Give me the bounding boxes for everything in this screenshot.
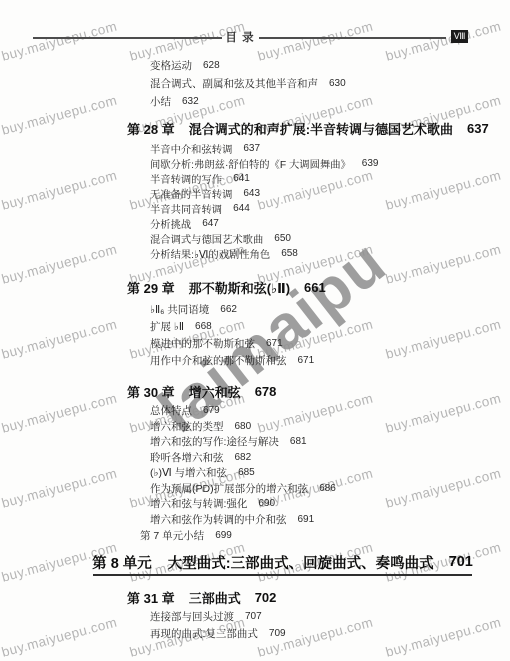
toc-entry: 增六和弦与转调:强化690 xyxy=(0,496,510,512)
toc-entry: 半音转调的写作641 xyxy=(0,171,510,186)
toc-section: 变格运动628混合调式、副属和弦及其他半音和声630小结632 xyxy=(0,56,510,110)
entry-page: 671 xyxy=(266,338,283,349)
entry-page: 685 xyxy=(238,467,255,478)
toc-entry: 作为预属(PD)扩展部分的增六和弦686 xyxy=(0,481,510,497)
toc-entry: 分析结果:♭Ⅵ的戏剧性角色658 xyxy=(0,246,510,261)
heading-title: 混合调式的和声扩展:半音转调与德国艺术歌曲 xyxy=(189,119,453,138)
toc-entry: 小结632 xyxy=(0,92,510,110)
heading-num: 第 28 章 xyxy=(127,119,175,138)
entry-page: 707 xyxy=(245,611,262,622)
heading-num: 第 29 章 xyxy=(127,278,175,297)
toc-entry: 模进中的那不勒斯和弦671 xyxy=(0,335,510,352)
entry-text: 增六和弦作为转调的中介和弦 xyxy=(150,512,287,527)
toc-entry: ♭Ⅱ₆ 共同语境662 xyxy=(0,301,510,318)
entry-text: 聆听各增六和弦 xyxy=(150,450,224,465)
toc-entry: 间歇分析:弗朗兹·舒伯特的《F 大调圆舞曲》639 xyxy=(0,156,510,171)
entry-text: 半音中介和弦转调 xyxy=(150,141,232,156)
heading-title: 三部曲式 xyxy=(189,588,241,607)
chapter-heading: 第 30 章增六和弦678 xyxy=(0,381,510,401)
toc-entry: 混合调式、副属和弦及其他半音和声630 xyxy=(0,74,510,92)
entry-text: 增六和弦与转调:强化 xyxy=(150,496,247,511)
unit-heading: 第 8 单元大型曲式:三部曲式、回旋曲式、奏鸣曲式701 xyxy=(93,553,472,576)
entry-page: 647 xyxy=(202,218,219,229)
entry-page: 679 xyxy=(203,405,220,416)
entry-text: 半音共同音转调 xyxy=(150,201,222,216)
heading-page: 637 xyxy=(467,121,489,136)
entry-text: 分析挑战 xyxy=(150,216,191,231)
toc-entry: 变格运动628 xyxy=(0,56,510,74)
toc-entry: 半音共同音转调644 xyxy=(0,201,510,216)
heading-num: 第 30 章 xyxy=(127,382,175,401)
entry-text: 第 7 单元小结 xyxy=(140,528,204,543)
entry-page: 658 xyxy=(281,248,298,259)
scanned-toc-page: buy.maiyuepu.combuy.maiyuepu.combuy.maiy… xyxy=(0,0,510,661)
entry-page: 686 xyxy=(319,483,336,494)
entry-page: 691 xyxy=(298,514,315,525)
entry-text: 用作中介和弦的那不勒斯和弦 xyxy=(150,353,287,368)
entry-page: 650 xyxy=(274,233,291,244)
toc-entry: 聆听各增六和弦682 xyxy=(0,450,510,466)
entry-page: 639 xyxy=(362,158,379,169)
entry-text: 变格运动 xyxy=(150,58,192,73)
toc-entry: 用作中介和弦的那不勒斯和弦671 xyxy=(0,352,510,369)
entry-text: 连接部与回头过渡 xyxy=(150,609,234,624)
entry-text: 分析结果:♭Ⅵ的戏剧性角色 xyxy=(150,246,270,261)
entry-page: 681 xyxy=(290,436,307,447)
entry-text: 小结 xyxy=(150,94,171,109)
entry-page: 628 xyxy=(203,60,220,71)
entry-text: 混合调式、副属和弦及其他半音和声 xyxy=(150,76,318,91)
toc-section: 第 30 章增六和弦678总体特点679增六和弦的类型680增六和弦的写作:途径… xyxy=(0,381,510,544)
header-rule-right xyxy=(259,37,446,39)
toc-entry: 扩展 ♭Ⅱ668 xyxy=(0,318,510,335)
entry-page: 709 xyxy=(269,628,286,639)
toc-section: 第 31 章三部曲式702连接部与回头过渡707再现的曲式:复三部曲式709 xyxy=(0,588,510,642)
entry-page: 699 xyxy=(215,530,232,541)
toc: 变格运动628混合调式、副属和弦及其他半音和声630小结632第 28 章混合调… xyxy=(0,56,510,642)
chapter-heading: 第 29 章那不勒斯和弦(♭Ⅱ)661 xyxy=(0,277,510,297)
entry-page: 643 xyxy=(243,188,260,199)
toc-entry: 连接部与回头过渡707 xyxy=(0,608,510,625)
toc-entry: 无准备的半音转调643 xyxy=(0,186,510,201)
entry-text: ♭Ⅱ₆ 共同语境 xyxy=(150,302,209,317)
entry-text: 无准备的半音转调 xyxy=(150,186,232,201)
heading-page: 678 xyxy=(255,384,277,399)
entry-page: 630 xyxy=(329,78,346,89)
entry-page: 662 xyxy=(220,304,237,315)
heading-num: 第 31 章 xyxy=(127,588,175,607)
heading-num: 第 8 单元 xyxy=(92,552,152,573)
toc-entry: 再现的曲式:复三部曲式709 xyxy=(0,625,510,642)
entry-text: 半音转调的写作 xyxy=(150,171,222,186)
entry-page: 637 xyxy=(243,143,260,154)
heading-page: 701 xyxy=(449,554,473,570)
entry-text: 再现的曲式:复三部曲式 xyxy=(150,626,258,641)
entry-text: 增六和弦的写作:途径与解决 xyxy=(150,434,279,449)
entry-text: 间歇分析:弗朗兹·舒伯特的《F 大调圆舞曲》 xyxy=(150,156,351,171)
entry-page: 641 xyxy=(233,173,250,184)
toc-entry: 增六和弦的写作:途径与解决681 xyxy=(0,434,510,450)
toc-entry: 总体特点679 xyxy=(0,403,510,419)
toc-section: 第 8 单元大型曲式:三部曲式、回旋曲式、奏鸣曲式701 xyxy=(0,553,510,576)
entry-page: 690 xyxy=(258,498,275,509)
page-title: 目 录 xyxy=(220,29,260,45)
entry-page: 632 xyxy=(182,96,199,107)
toc-entry: 混合调式与德国艺术歌曲650 xyxy=(0,231,510,246)
entry-text: 扩展 ♭Ⅱ xyxy=(150,319,184,334)
heading-page: 661 xyxy=(304,280,326,295)
heading-title: 那不勒斯和弦(♭Ⅱ) xyxy=(189,278,290,297)
heading-title: 增六和弦 xyxy=(189,382,241,401)
entry-page: 671 xyxy=(298,355,315,366)
entry-text: 作为预属(PD)扩展部分的增六和弦 xyxy=(150,481,308,496)
heading-page: 702 xyxy=(255,590,277,605)
toc-entry: (♭)Ⅵ 与增六和弦685 xyxy=(0,465,510,481)
header-rule-left xyxy=(33,37,222,39)
chapter-heading: 第 31 章三部曲式702 xyxy=(0,588,510,608)
toc-entry: 第 7 单元小结699 xyxy=(0,528,510,544)
toc-entry: 增六和弦的类型680 xyxy=(0,419,510,435)
entry-text: 增六和弦的类型 xyxy=(150,419,224,434)
entry-page: 680 xyxy=(235,421,252,432)
chapter-heading: 第 28 章混合调式的和声扩展:半音转调与德国艺术歌曲637 xyxy=(0,118,510,138)
toc-entry: 增六和弦作为转调的中介和弦691 xyxy=(0,512,510,528)
page-number-badge: Ⅷ xyxy=(451,30,468,43)
entry-text: 模进中的那不勒斯和弦 xyxy=(150,336,255,351)
entry-page: 682 xyxy=(235,452,252,463)
toc-section: 第 29 章那不勒斯和弦(♭Ⅱ)661♭Ⅱ₆ 共同语境662扩展 ♭Ⅱ668模进… xyxy=(0,277,510,369)
toc-entry: 分析挑战647 xyxy=(0,216,510,231)
entry-text: 混合调式与德国艺术歌曲 xyxy=(150,231,263,246)
toc-section: 第 28 章混合调式的和声扩展:半音转调与德国艺术歌曲637半音中介和弦转调63… xyxy=(0,118,510,261)
entry-page: 668 xyxy=(195,321,212,332)
heading-title: 大型曲式:三部曲式、回旋曲式、奏鸣曲式 xyxy=(168,552,434,573)
entry-text: (♭)Ⅵ 与增六和弦 xyxy=(150,465,227,480)
entry-page: 644 xyxy=(233,203,250,214)
toc-entry: 半音中介和弦转调637 xyxy=(0,141,510,156)
entry-text: 总体特点 xyxy=(150,403,192,418)
